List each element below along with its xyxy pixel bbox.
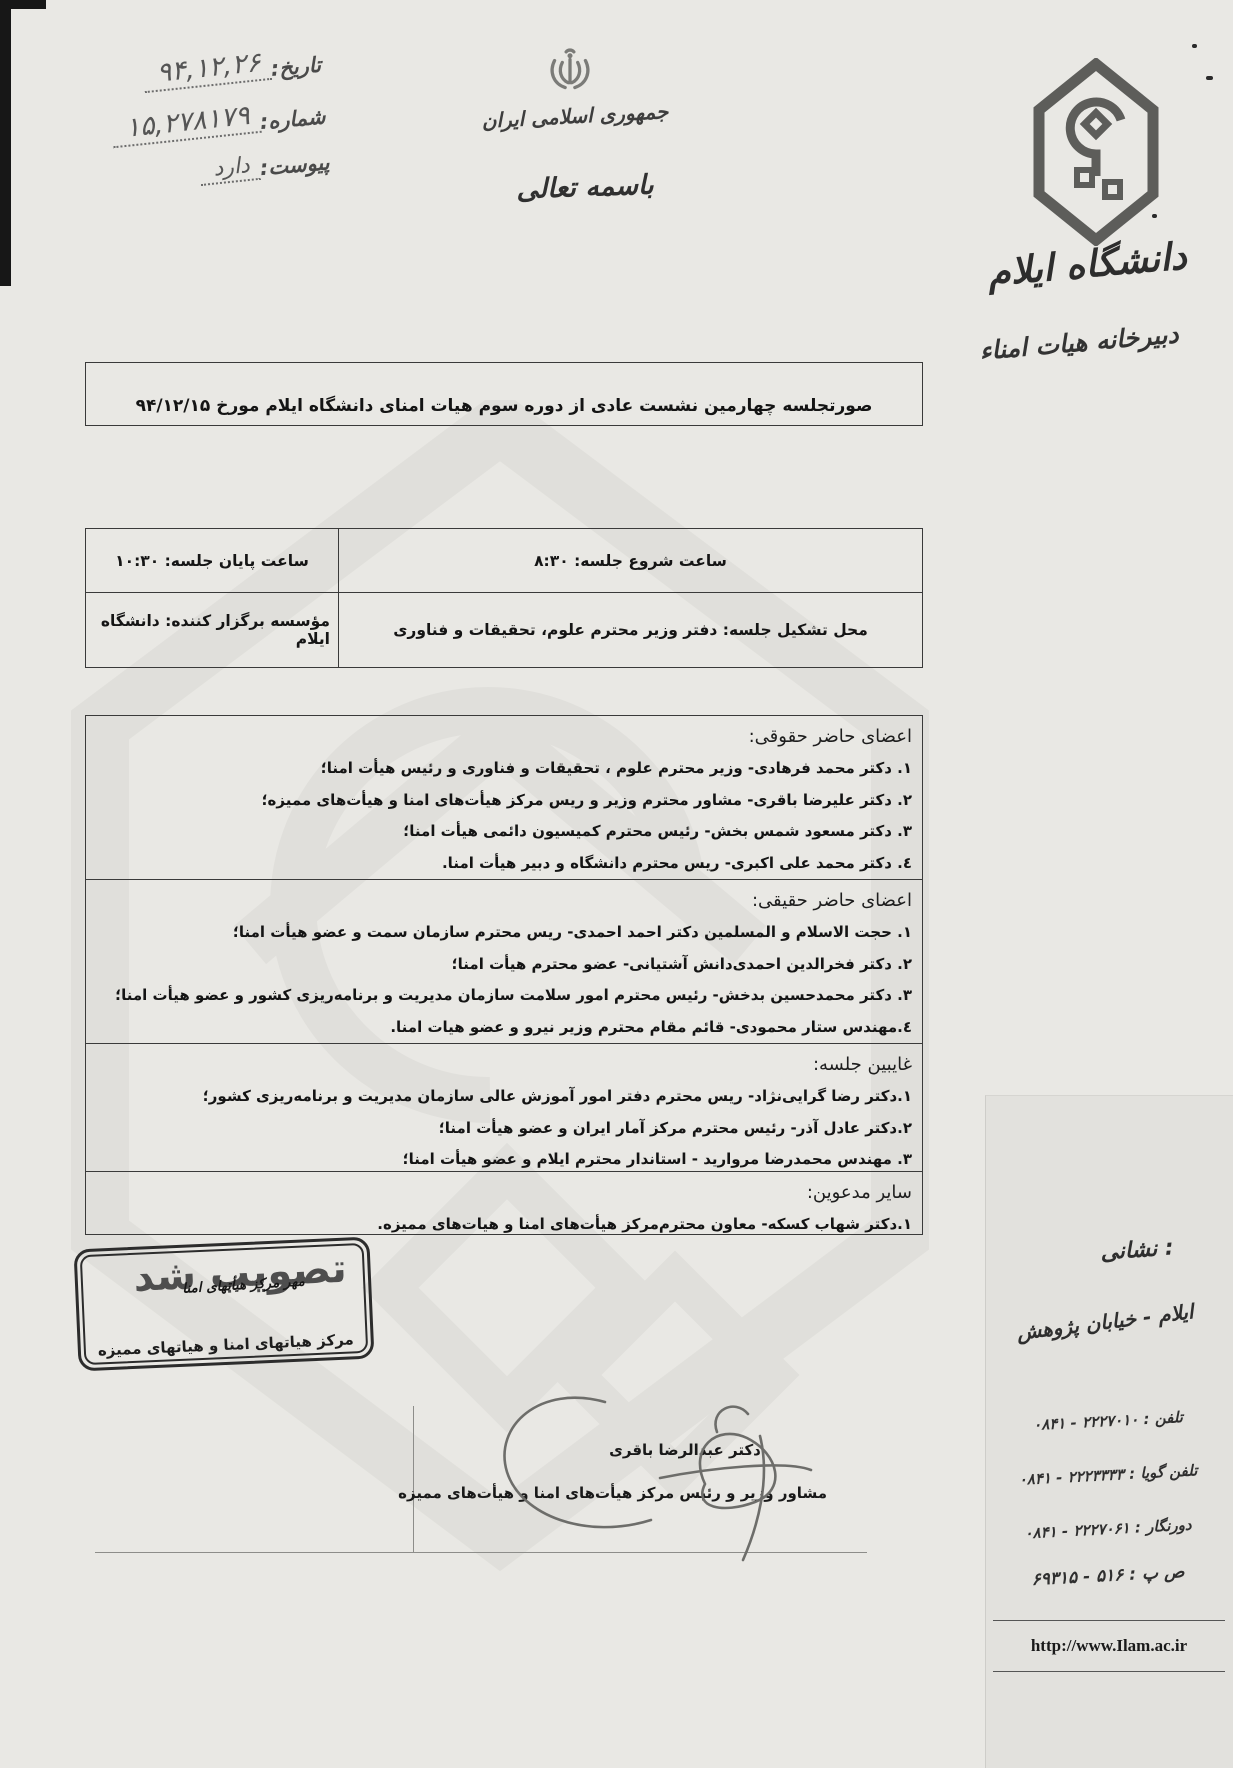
board-secretariat-calligraphy: دبیرخانه هیات امناء [927, 315, 1230, 370]
member-row: ۱.دکتر رضا گرایی‌نژاد- ریس محترم دفتر ام… [92, 1081, 912, 1113]
attachment-label: پیوست: [259, 150, 330, 180]
letterhead-fields: تاریخ: ۹۴,۱۲,۲۶ شماره: ۱۵,۲۷۸۱۷۹ پیوست: … [8, 43, 332, 220]
website-url: http://www.Ilam.ac.ir [1031, 1636, 1187, 1656]
member-row: ۱. حجت الاسلام و المسلمین دکتر احمد احمد… [92, 917, 912, 949]
attachment-field: پیوست: دارد [17, 146, 330, 201]
scan-corner-artifact [0, 0, 46, 9]
scan-speck [1192, 44, 1197, 48]
approval-stamp: تصویب شد مهر مرکز هیأتهای امنا مرکز هیات… [73, 1237, 374, 1372]
section-header: اعضای حاضر حقوقی: [92, 720, 912, 753]
attendees-box: اعضای حاضر حقوقی: ۱. دکتر محمد فرهادی- و… [85, 715, 923, 1235]
section-header: اعضای حاضر حقیقی: [92, 884, 912, 917]
member-row: ٤. دکتر محمد علی اکبری- ریس محترم دانشگا… [92, 848, 912, 880]
voice-phone-label: تلفن گویا : [1129, 1461, 1198, 1483]
signature-scribble [455, 1388, 825, 1568]
member-row: ۳. دکتر مسعود شمس بخش- رئیس محترم کمیسیو… [92, 816, 912, 848]
section-absentees: غایبین جلسه: ۱.دکتر رضا گرایی‌نژاد- ریس … [86, 1043, 922, 1171]
date-label: تاریخ: [270, 53, 322, 81]
minutes-title: صورتجلسه چهارمین نشست عادی از دوره سوم ه… [136, 396, 873, 416]
member-row: ٤.مهندس ستار محمودی- قائم مقام محترم وزی… [92, 1012, 912, 1044]
member-row: ۱. دکتر محمد فرهادی- وزیر محترم علوم ، ت… [92, 753, 912, 785]
in-the-name-of-god-text: باسمه تعالی [495, 169, 676, 206]
minutes-title-box: صورتجلسه چهارمین نشست عادی از دوره سوم ه… [85, 362, 923, 426]
session-end-cell: ساعت پایان جلسه: ۱۰:۳۰ [86, 529, 338, 593]
attachment-handwritten-value: دارد [198, 152, 261, 186]
section-header: سایر مدعوین: [92, 1176, 912, 1209]
phone-label: تلفن : [1143, 1408, 1183, 1428]
website-band: http://www.Ilam.ac.ir [993, 1620, 1225, 1672]
section-real-members: اعضای حاضر حقیقی: ۱. حجت الاسلام و المسل… [86, 879, 922, 1043]
session-start-cell: ساعت شروع جلسه: ۸:۳۰ [338, 529, 922, 593]
number-label: شماره: [259, 104, 327, 134]
member-row: ۳. دکتر محمدحسین بدخش- رئیس محترم امور س… [92, 980, 912, 1012]
republic-of-iran-text: جمهوری اسلامی ایران [470, 99, 681, 134]
ilam-university-logo [1033, 58, 1159, 246]
member-row: ۱.دکتر شهاب کسکه- معاون محترم‌مرکز هیأت‌… [92, 1209, 912, 1234]
section-header: غایبین جلسه: [92, 1048, 912, 1081]
number-handwritten-value: ۱۵,۲۷۸۱۷۹ [110, 99, 261, 148]
section-legal-members: اعضای حاضر حقوقی: ۱. دکتر محمد فرهادی- و… [86, 716, 922, 879]
stamp-center-name-text: مرکز هیاتهای امنا و هیاتهای ممیزه [86, 1330, 367, 1360]
iran-emblem-icon [541, 48, 599, 102]
pobox-label: ص پ : [1129, 1562, 1185, 1585]
signature-area-divider [413, 1406, 414, 1552]
member-row: ۳. مهندس محمدرضا مروارید - استاندار محتر… [92, 1144, 912, 1171]
session-location-cell: محل تشکیل جلسه: دفتر وزیر محترم علوم، تح… [338, 593, 922, 667]
session-organizer-cell: مؤسسه برگزار کننده: دانشگاه ایلام [86, 593, 338, 667]
date-field: تاریخ: ۹۴,۱۲,۲۶ [8, 43, 322, 104]
scanned-meeting-minutes-page: تاریخ: ۹۴,۱۲,۲۶ شماره: ۱۵,۲۷۸۱۷۹ پیوست: … [0, 0, 1233, 1768]
member-row: ۲. دکتر علیرضا باقری- مشاور محترم وزیر و… [92, 785, 912, 817]
fax-label: دورنگار : [1134, 1516, 1192, 1537]
number-field: شماره: ۱۵,۲۷۸۱۷۹ [13, 94, 327, 155]
session-info-table: ساعت شروع جلسه: ۸:۳۰ ساعت پایان جلسه: ۱۰… [85, 528, 923, 668]
date-handwritten-value: ۹۴,۱۲,۲۶ [141, 46, 272, 93]
member-row: ۲. دکتر فخرالدین احمدی‌دانش آشتیانی- عضو… [92, 949, 912, 981]
approval-stamp-inner: تصویب شد مهر مرکز هیأتهای امنا مرکز هیات… [80, 1243, 369, 1365]
scan-edge-artifact [0, 0, 11, 286]
member-row: ۲.دکتر عادل آذر- رئیس محترم مرکز آمار ای… [92, 1113, 912, 1145]
scan-speck [1206, 76, 1213, 80]
section-other-invitees: سایر مدعوین: ۱.دکتر شهاب کسکه- معاون محت… [86, 1171, 922, 1234]
